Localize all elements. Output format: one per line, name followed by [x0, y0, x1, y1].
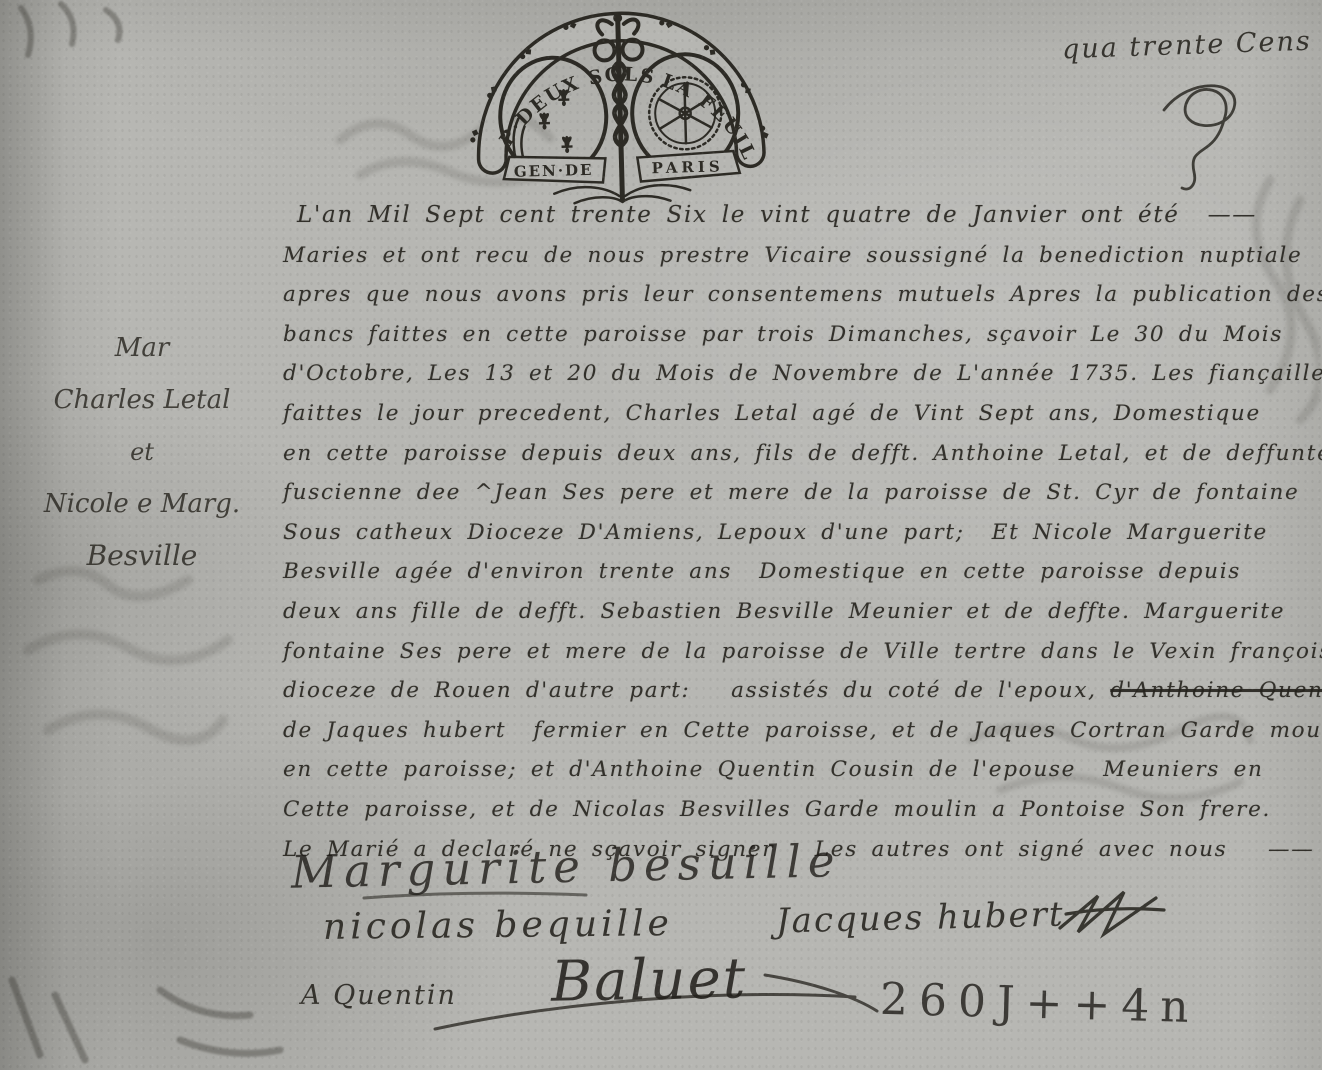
body-line: Maries et ont recu de nous prestre Vicai… [283, 236, 1322, 276]
body-line: en cette paroisse depuis deux ans, fils … [283, 434, 1322, 474]
body-line: dioceze de Rouen d'autre part: assistés … [283, 671, 1322, 711]
fleur-de-lis-icon [561, 135, 574, 153]
body-line: Sous catheux Dioceze D'Amiens, Lepoux d'… [283, 513, 1322, 553]
fleur-de-lis-icon [538, 112, 551, 130]
margin-note-line: Charles Letal [26, 374, 258, 426]
margin-note-line: Besville [26, 530, 258, 582]
margin-note-line: Nicole e Marg. [26, 478, 258, 530]
scanned-parish-register-page: P·DEUX SOLS LA FEUILLE [0, 0, 1322, 1070]
margin-note: Mar Charles Letal et Nicole e Marg. Besv… [26, 322, 258, 582]
margin-note-line: Mar [26, 322, 258, 374]
record-body: L'an Mil Sept cent trente Six le vint qu… [283, 196, 1322, 869]
body-line: Cette paroisse, et de Nicolas Besvilles … [283, 790, 1322, 830]
paraph-flourish [1150, 72, 1270, 202]
priest-flourish [425, 945, 905, 1035]
stamp-bottom-right-text: PARIS [651, 157, 724, 177]
body-line: faittes le jour precedent, Charles Letal… [283, 394, 1322, 434]
body-line: en cette paroisse; et d'Anthoine Quentin… [283, 750, 1322, 790]
ink-mark [0, 960, 300, 1070]
signature-nicolas-bequille: nicolas bequille [323, 903, 673, 948]
top-right-note: qua trente Cens [1062, 26, 1313, 66]
margin-note-line: et [26, 426, 258, 478]
hubert-paraph-flourish [1052, 882, 1192, 952]
signature-jacques-hubert: Jacques hubert [776, 894, 1065, 941]
fiscal-stamp-graphic: P·DEUX SOLS LA FEUILLE [449, 0, 790, 212]
body-line: fontaine Ses pere et mere de la paroisse… [283, 632, 1322, 672]
body-line: de Jaques hubert fermier en Cette parois… [283, 711, 1322, 751]
body-line: bancs faittes en cette paroisse par troi… [283, 315, 1322, 355]
body-line: apres que nous avons pris leur consentem… [283, 275, 1322, 315]
ink-mark [6, 0, 156, 80]
fiscal-stamp: P·DEUX SOLS LA FEUILLE [449, 0, 790, 212]
body-line: L'an Mil Sept cent trente Six le vint qu… [283, 196, 1322, 236]
signature-underline [360, 888, 590, 902]
bleedthrough-smudge [18, 560, 238, 780]
body-line: Besville agée d'environ trente ans Domes… [283, 552, 1322, 592]
body-line: deux ans fille de defft. Sebastien Besvi… [283, 592, 1322, 632]
body-line: fuscienne dee ^Jean Ses pere et mere de … [283, 473, 1322, 513]
body-line-text: dioceze de Rouen d'autre part: assistés … [283, 678, 1110, 703]
struck-text: d'Anthoine Quentin [1110, 678, 1322, 703]
signature-marks: 260J++4n [879, 974, 1200, 1033]
stamp-bottom-left-text: GEN·DE [514, 161, 594, 181]
body-line: d'Octobre, Les 13 et 20 du Mois de Novem… [283, 354, 1322, 394]
